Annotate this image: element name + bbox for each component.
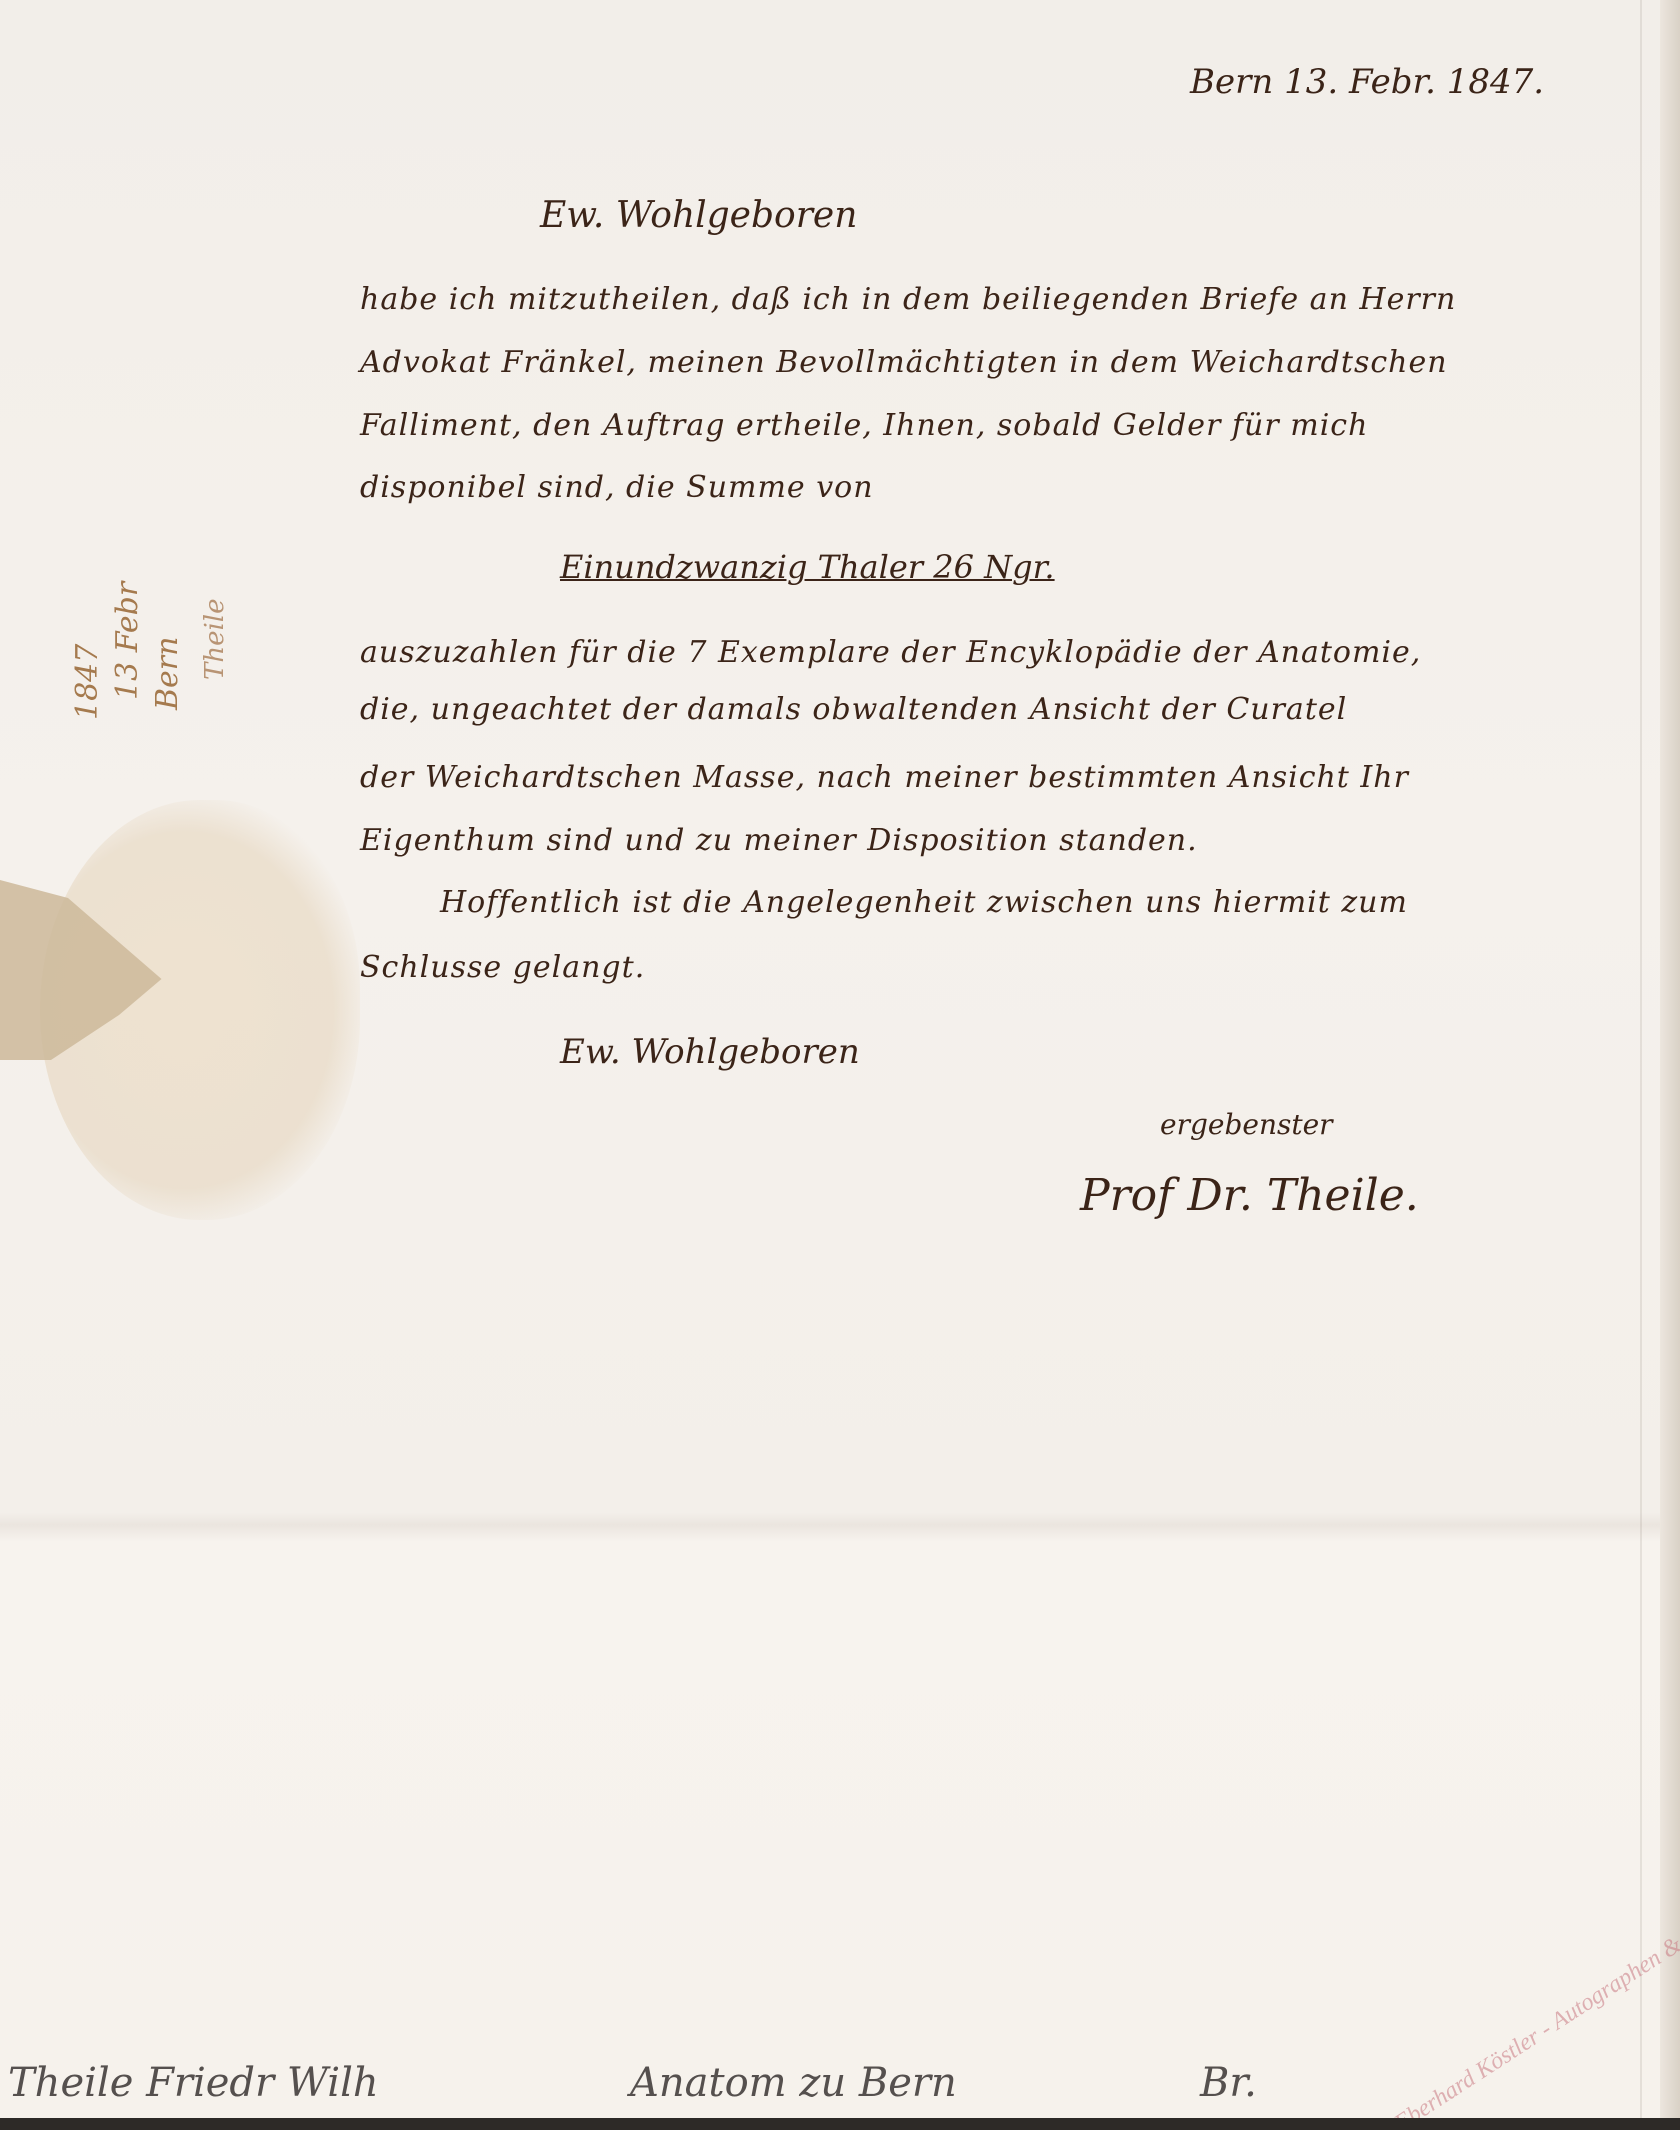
signature: Prof Dr. Theile.	[1080, 1170, 1419, 1221]
date-line: Bern 13. Febr. 1847.	[1190, 62, 1544, 102]
body-line: Advokat Fränkel, meinen Bevollmächtigten…	[360, 345, 1448, 380]
footer-annotation-name: Theile Friedr Wilh	[8, 2060, 379, 2106]
amount-line: Einundzwanzig Thaler 26 Ngr.	[560, 548, 1055, 586]
closing-line: Hoffentlich ist die Angelegenheit zwisch…	[440, 885, 1408, 920]
margin-docket-name: Theile	[200, 599, 230, 681]
closing-line: Schlusse gelangt.	[360, 950, 645, 985]
salutation: Ew. Wohlgeboren	[540, 195, 857, 236]
body-line: auszuzahlen für die 7 Exemplare der Ency…	[360, 635, 1421, 670]
body-line: der Weichardtschen Masse, nach meiner be…	[360, 760, 1409, 795]
vertical-fold	[1640, 0, 1642, 2130]
margin-docket-year: 1847	[70, 644, 105, 720]
footer-annotation-type: Br.	[1200, 2060, 1257, 2106]
valediction: ergebenster	[1160, 1108, 1333, 1141]
body-line: disponibel sind, die Summe von	[360, 470, 874, 505]
background-edge	[0, 2118, 1680, 2130]
closing-salutation: Ew. Wohlgeboren	[560, 1032, 860, 1072]
dealer-watermark: Eberhard Köstler - Autographen & Bücher	[1390, 1890, 1680, 2130]
margin-docket-date: 13 Febr	[110, 582, 145, 700]
body-line: Falliment, den Auftrag ertheile, Ihnen, …	[360, 408, 1368, 443]
body-line: habe ich mitzutheilen, daß ich in dem be…	[360, 282, 1456, 317]
body-line: die, ungeachtet der damals obwaltenden A…	[360, 692, 1347, 727]
paper-edge	[1660, 0, 1680, 2130]
margin-docket-place: Bern	[150, 637, 185, 710]
footer-annotation-role: Anatom zu Bern	[630, 2060, 957, 2106]
letter-sheet: Bern 13. Febr. 1847. Ew. Wohlgeboren hab…	[0, 0, 1680, 2130]
body-line: Eigenthum sind und zu meiner Disposition…	[360, 823, 1198, 858]
